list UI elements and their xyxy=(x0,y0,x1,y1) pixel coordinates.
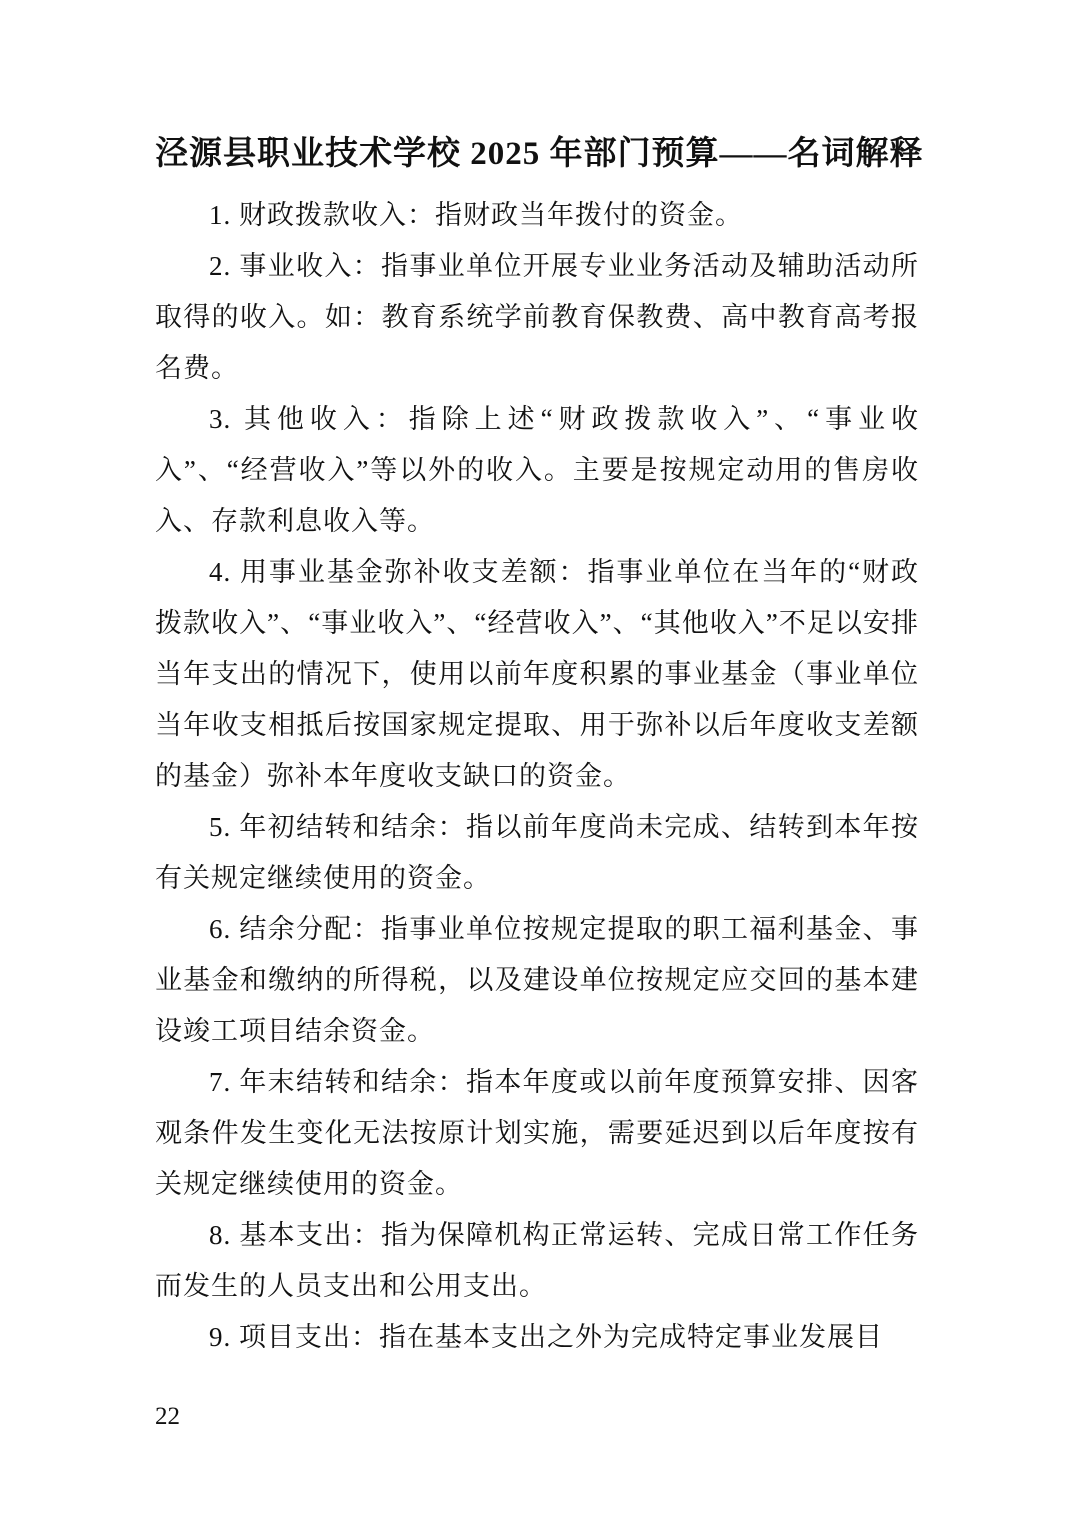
definition-paragraph-1: 1. 财政拨款收入：指财政当年拨付的资金。 xyxy=(155,190,919,241)
definition-paragraph-7: 7. 年末结转和结余：指本年度或以前年度预算安排、因客观条件发生变化无法按原计划… xyxy=(155,1057,919,1210)
definition-paragraph-4: 4. 用事业基金弥补收支差额：指事业单位在当年的“财政拨款收入”、“事业收入”、… xyxy=(155,547,919,802)
document-body: 泾源县职业技术学校 2025 年部门预算——名词解释 1. 财政拨款收入：指财政… xyxy=(155,130,919,1363)
definition-paragraph-9: 9. 项目支出：指在基本支出之外为完成特定事业发展目 xyxy=(155,1312,919,1363)
definition-paragraph-5: 5. 年初结转和结余：指以前年度尚未完成、结转到本年按有关规定继续使用的资金。 xyxy=(155,802,919,904)
definition-paragraph-2: 2. 事业收入：指事业单位开展专业业务活动及辅助活动所取得的收入。如：教育系统学… xyxy=(155,241,919,394)
definition-paragraph-8: 8. 基本支出：指为保障机构正常运转、完成日常工作任务而发生的人员支出和公用支出… xyxy=(155,1210,919,1312)
page-number: 22 xyxy=(155,1402,180,1432)
document-page: 泾源县职业技术学校 2025 年部门预算——名词解释 1. 财政拨款收入：指财政… xyxy=(0,0,1074,1520)
definition-paragraph-6: 6. 结余分配：指事业单位按规定提取的职工福利基金、事业基金和缴纳的所得税，以及… xyxy=(155,904,919,1057)
document-title: 泾源县职业技术学校 2025 年部门预算——名词解释 xyxy=(155,130,919,178)
definition-paragraph-3: 3. 其他收入：指除上述“财政拨款收入”、“事业收入”、“经营收入”等以外的收入… xyxy=(155,394,919,547)
